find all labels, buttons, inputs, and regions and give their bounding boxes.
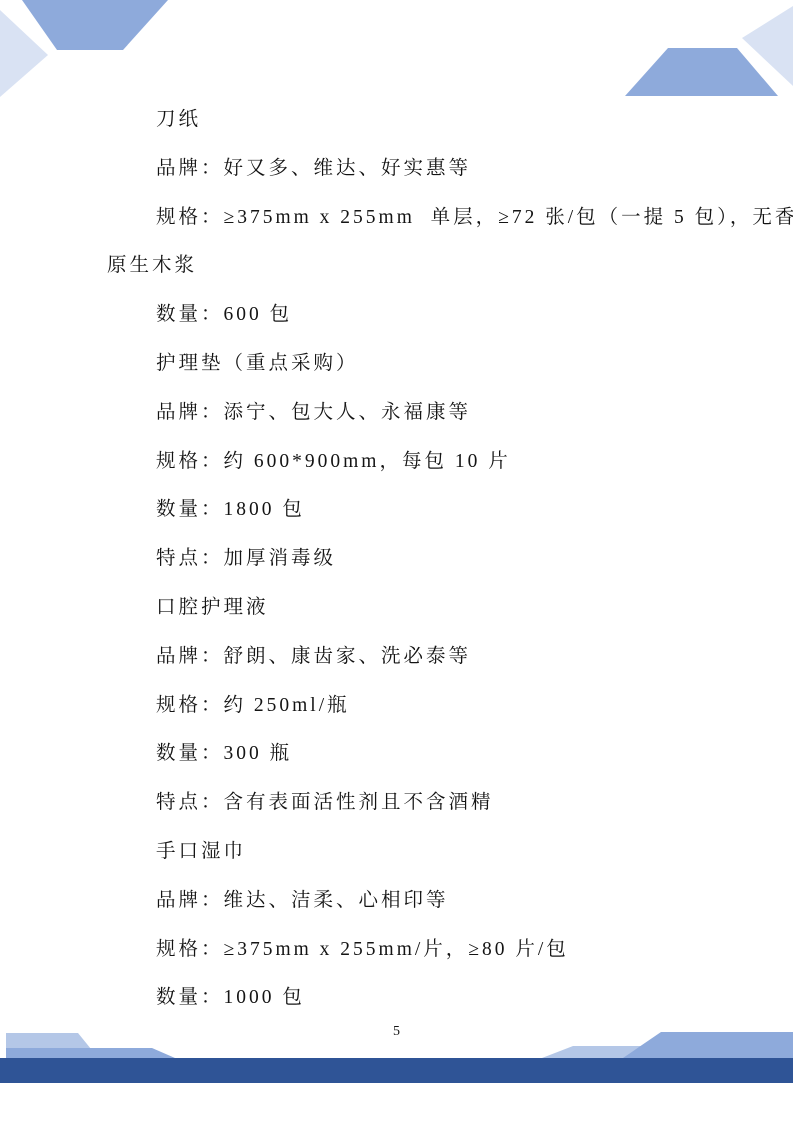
doc-line-brand: 品牌：添宁、包大人、永福康等: [107, 389, 713, 438]
doc-line-spec: 规格：约 250ml/瓶: [107, 682, 713, 731]
document-body: 刀纸 品牌：好又多、维达、好实惠等 规格：≥375mm x 255mm 单层，≥…: [107, 96, 713, 1023]
doc-line-brand: 品牌：舒朗、康齿家、洗必泰等: [107, 633, 713, 682]
doc-line-spec: 规格：≥375mm x 255mm 单层，≥72 张/包（一提 5 包），无香型: [107, 194, 713, 243]
doc-line-feature: 特点：加厚消毒级: [107, 535, 713, 584]
page-number: 5: [0, 1022, 793, 1042]
doc-line-item-title: 刀纸: [107, 96, 713, 145]
doc-line-item-title: 口腔护理液: [107, 584, 713, 633]
doc-line-brand: 品牌：好又多、维达、好实惠等: [107, 145, 713, 194]
doc-line-item-title: 护理垫（重点采购）: [107, 340, 713, 389]
doc-line-quantity: 数量：1000 包: [107, 974, 713, 1023]
doc-line-item-title: 手口湿巾: [107, 828, 713, 877]
doc-line-quantity: 数量：1800 包: [107, 486, 713, 535]
doc-line-quantity: 数量：300 瓶: [107, 730, 713, 779]
doc-line-spec: 规格：约 600*900mm，每包 10 片: [107, 438, 713, 487]
footer-band-decoration: [0, 1058, 793, 1083]
doc-line-spec: 规格：≥375mm x 255mm/片，≥80 片/包: [107, 926, 713, 975]
document-page: 刀纸 品牌：好又多、维达、好实惠等 规格：≥375mm x 255mm 单层，≥…: [0, 0, 793, 1122]
doc-line-quantity: 数量：600 包: [107, 291, 713, 340]
doc-line-spec-cont: 原生木浆: [107, 242, 713, 291]
doc-line-brand: 品牌：维达、洁柔、心相印等: [107, 877, 713, 926]
doc-line-feature: 特点：含有表面活性剂且不含酒精: [107, 779, 713, 828]
